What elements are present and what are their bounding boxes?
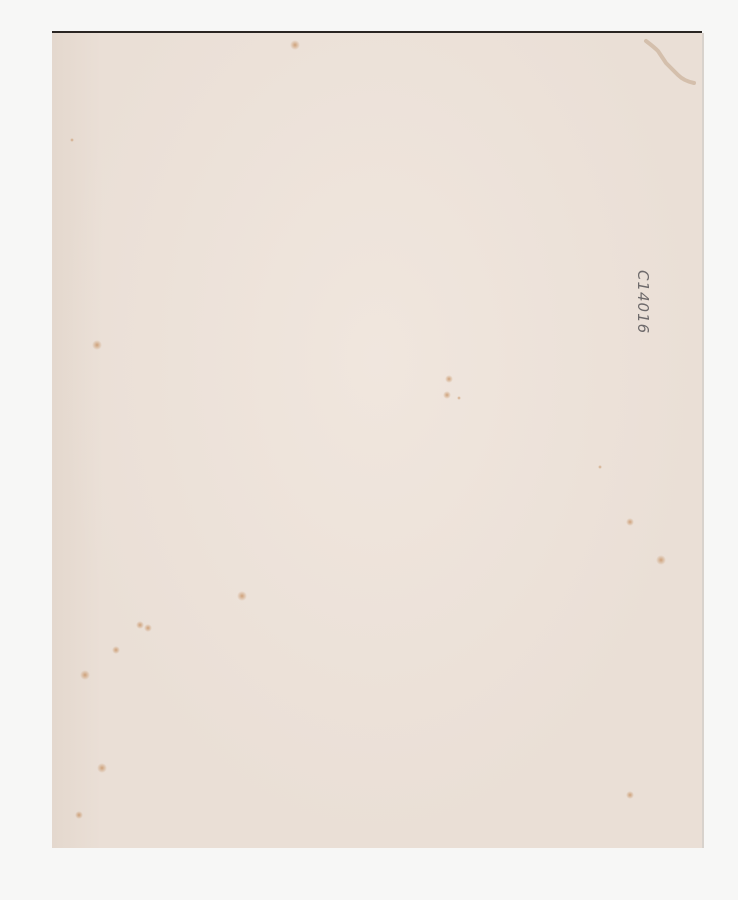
foxing-spot <box>237 591 247 601</box>
foxing-spot <box>144 624 151 631</box>
foxing-spot <box>97 763 107 773</box>
paper-right-edge <box>702 33 704 848</box>
foxing-spot <box>443 391 450 398</box>
corner-water-stain <box>642 33 702 93</box>
foxing-spot <box>626 518 633 525</box>
handwritten-catalog-number: C14016 <box>634 270 652 334</box>
foxing-spot <box>92 340 102 350</box>
foxing-spot <box>112 646 119 653</box>
foxing-spot <box>80 670 90 680</box>
foxing-spot <box>290 40 300 50</box>
foxing-spot <box>75 811 82 818</box>
foxing-spot <box>656 555 666 565</box>
foxing-spot <box>136 621 143 628</box>
paper-sheet <box>52 31 702 848</box>
foxing-spot <box>626 791 633 798</box>
foxing-spot <box>445 375 452 382</box>
